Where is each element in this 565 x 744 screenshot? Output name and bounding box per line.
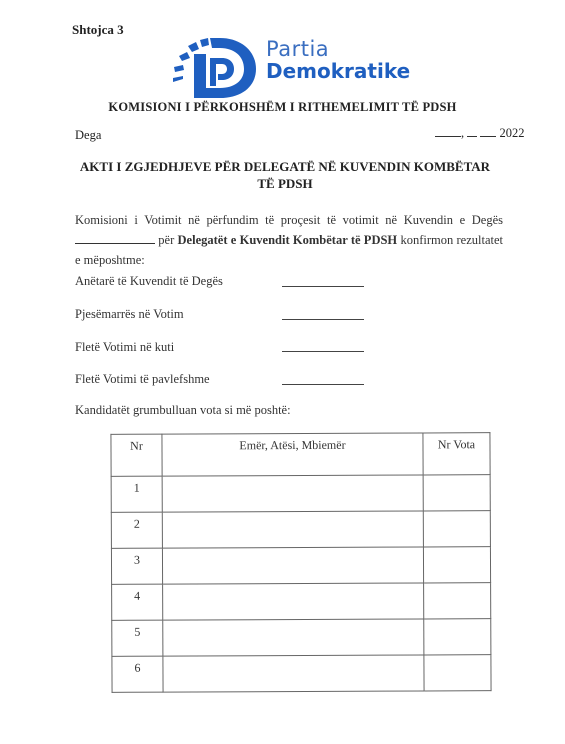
paragraph-part1: Komisioni i Votimit në përfundim të proç… xyxy=(75,213,503,227)
field-line-members[interactable] xyxy=(282,285,364,287)
row-nr: 1 xyxy=(111,476,162,512)
row-nr: 6 xyxy=(112,656,163,692)
table-row: 5 xyxy=(112,619,491,657)
field-label-invalid-ballots: Fletë Votimi të pavlefshme xyxy=(75,372,210,387)
row-votes-cell[interactable] xyxy=(423,547,490,583)
row-nr: 3 xyxy=(111,548,162,584)
table-header-row: Nr Emër, Atësi, Mbiemër Nr Vota xyxy=(111,433,490,477)
paragraph-bold: Delegatët e Kuvendit Kombëtar të PDSH xyxy=(178,233,398,247)
table-row: 3 xyxy=(111,547,490,585)
field-line-ballots-in-box[interactable] xyxy=(282,350,364,352)
row-votes-cell[interactable] xyxy=(423,511,490,547)
row-votes-cell[interactable] xyxy=(423,475,490,511)
date-day-blank[interactable] xyxy=(435,126,461,137)
table-row: 6 xyxy=(112,655,491,693)
pd-logo-icon xyxy=(164,36,258,100)
party-name-line2: Demokratike xyxy=(266,60,410,82)
row-name-cell[interactable] xyxy=(162,475,423,512)
field-line-participants[interactable] xyxy=(282,318,364,320)
row-votes-cell[interactable] xyxy=(424,619,491,655)
party-name: Partia Demokratike xyxy=(266,38,410,82)
date-month-blank-1[interactable] xyxy=(467,126,477,137)
row-nr: 2 xyxy=(111,512,162,548)
votes-table: Nr Emër, Atësi, Mbiemër Nr Vota 1 2 3 4 … xyxy=(110,432,491,693)
date-year: 2022 xyxy=(500,126,525,140)
dega-label: Dega xyxy=(75,128,101,143)
document-title: AKTI I ZGJEDHJEVE PËR DELEGATË NË KUVEND… xyxy=(70,158,500,192)
row-name-cell[interactable] xyxy=(162,547,423,584)
row-name-cell[interactable] xyxy=(163,583,424,620)
row-name-cell[interactable] xyxy=(163,619,424,656)
date-field: , 2022 xyxy=(435,126,525,141)
candidates-intro: Kandidatët grumbulluan vota si më poshtë… xyxy=(75,403,291,418)
row-nr: 5 xyxy=(112,620,163,656)
table-row: 2 xyxy=(111,511,490,549)
row-name-cell[interactable] xyxy=(162,511,423,548)
date-month-blank-2[interactable] xyxy=(480,126,496,137)
row-votes-cell[interactable] xyxy=(424,583,491,619)
field-label-members: Anëtarë të Kuvendit të Degës xyxy=(75,274,223,289)
field-label-ballots-in-box: Fletë Votimi në kuti xyxy=(75,340,174,355)
header-votes: Nr Vota xyxy=(423,433,490,475)
party-name-line1: Partia xyxy=(266,38,410,60)
row-name-cell[interactable] xyxy=(163,655,424,692)
field-label-participants: Pjesëmarrës në Votim xyxy=(75,307,184,322)
commission-heading: KOMISIONI I PËRKOHSHËM I RITHEMELIMIT TË… xyxy=(0,100,565,115)
branch-name-blank[interactable] xyxy=(75,231,155,244)
annex-label: Shtojca 3 xyxy=(72,22,124,38)
table-row: 4 xyxy=(112,583,491,621)
header-nr: Nr xyxy=(111,434,162,476)
row-nr: 4 xyxy=(112,584,163,620)
header-name: Emër, Atësi, Mbiemër xyxy=(162,433,423,476)
field-line-invalid-ballots[interactable] xyxy=(282,383,364,385)
intro-paragraph: Komisioni i Votimit në përfundim të proç… xyxy=(75,210,503,270)
row-votes-cell[interactable] xyxy=(424,655,491,691)
paragraph-part2: për xyxy=(155,233,178,247)
table-row: 1 xyxy=(111,475,490,513)
